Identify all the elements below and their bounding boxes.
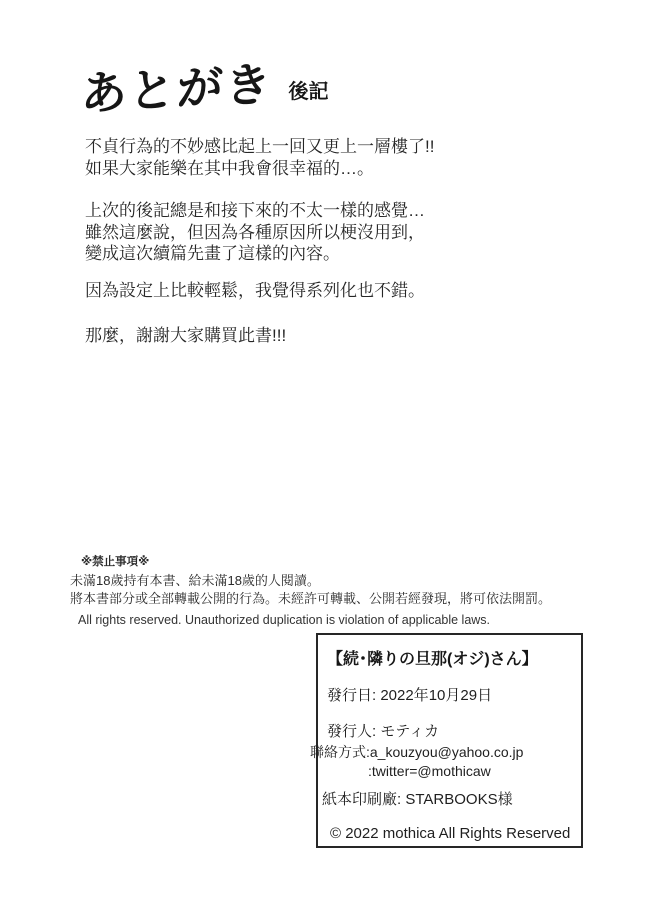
body-line: 上次的後記總是和接下來的不太一樣的感覺… bbox=[85, 200, 505, 222]
legal-line: 將本書部分或全部轉載公開的行為。未經許可轉載、公開若經發現，將可依法開罰。 bbox=[70, 590, 590, 608]
colophon-contact-twitter: :twitter=@mothicaw bbox=[368, 763, 581, 779]
colophon-printer: 紙本印刷廠: STARBOOKS様 bbox=[322, 788, 581, 809]
paragraph: 因為設定上比較輕鬆，我覺得系列化也不錯。 bbox=[85, 280, 505, 302]
colophon-book-title: 【続･隣りの旦那(オジ)さん】 bbox=[327, 646, 581, 669]
body-line: 雖然這麼說，但因為各種原因所以梗沒用到， bbox=[85, 222, 505, 244]
paragraph: 上次的後記總是和接下來的不太一樣的感覺… 雖然這麼說，但因為各種原因所以梗沒用到… bbox=[85, 200, 505, 265]
paragraph: 不貞行為的不妙感比起上一回又更上一層樓了!! 如果大家能樂在其中我會很幸福的…。 bbox=[85, 136, 505, 179]
body-line: 變成這次續篇先畫了這樣的內容。 bbox=[85, 243, 505, 265]
legal-notice: ※禁止事項※ 未滿18歲持有本書、給未滿18歲的人閱讀。 將本書部分或全部轉載公… bbox=[70, 553, 590, 627]
afterword-title-handwritten: あとがき bbox=[80, 48, 274, 124]
afterword-title-kanji: 後記 bbox=[288, 75, 328, 104]
afterword-body: 不貞行為的不妙感比起上一回又更上一層樓了!! 如果大家能樂在其中我會很幸福的…。… bbox=[85, 136, 505, 347]
body-line: 如果大家能樂在其中我會很幸福的…。 bbox=[85, 158, 505, 180]
paragraph: 那麼，謝謝大家購買此書!!! bbox=[85, 325, 505, 347]
legal-heading: ※禁止事項※ bbox=[81, 553, 590, 569]
afterword-page: あとがき 後記 不貞行為的不妙感比起上一回又更上一層樓了!! 如果大家能樂在其中… bbox=[0, 0, 653, 920]
body-line: 不貞行為的不妙感比起上一回又更上一層樓了!! bbox=[85, 136, 505, 158]
afterword-heading: あとがき 後記 bbox=[80, 58, 328, 124]
body-line: 因為設定上比較輕鬆，我覺得系列化也不錯。 bbox=[85, 280, 505, 302]
colophon-box: 【続･隣りの旦那(オジ)さん】 發行日: 2022年10月29日 發行人: モテ… bbox=[316, 633, 583, 848]
colophon-contact-email: 聯絡方式:a_kouzyou@yahoo.co.jp bbox=[310, 742, 581, 762]
body-line: 那麼，謝謝大家購買此書!!! bbox=[85, 325, 505, 347]
colophon-publisher: 發行人: モティカ bbox=[327, 720, 581, 741]
colophon-release-date: 發行日: 2022年10月29日 bbox=[327, 684, 581, 705]
colophon-copyright: © 2022 mothica All Rights Reserved bbox=[330, 825, 581, 842]
legal-english-line: All rights reserved. Unauthorized duplic… bbox=[78, 613, 590, 627]
legal-line: 未滿18歲持有本書、給未滿18歲的人閱讀。 bbox=[70, 572, 590, 590]
